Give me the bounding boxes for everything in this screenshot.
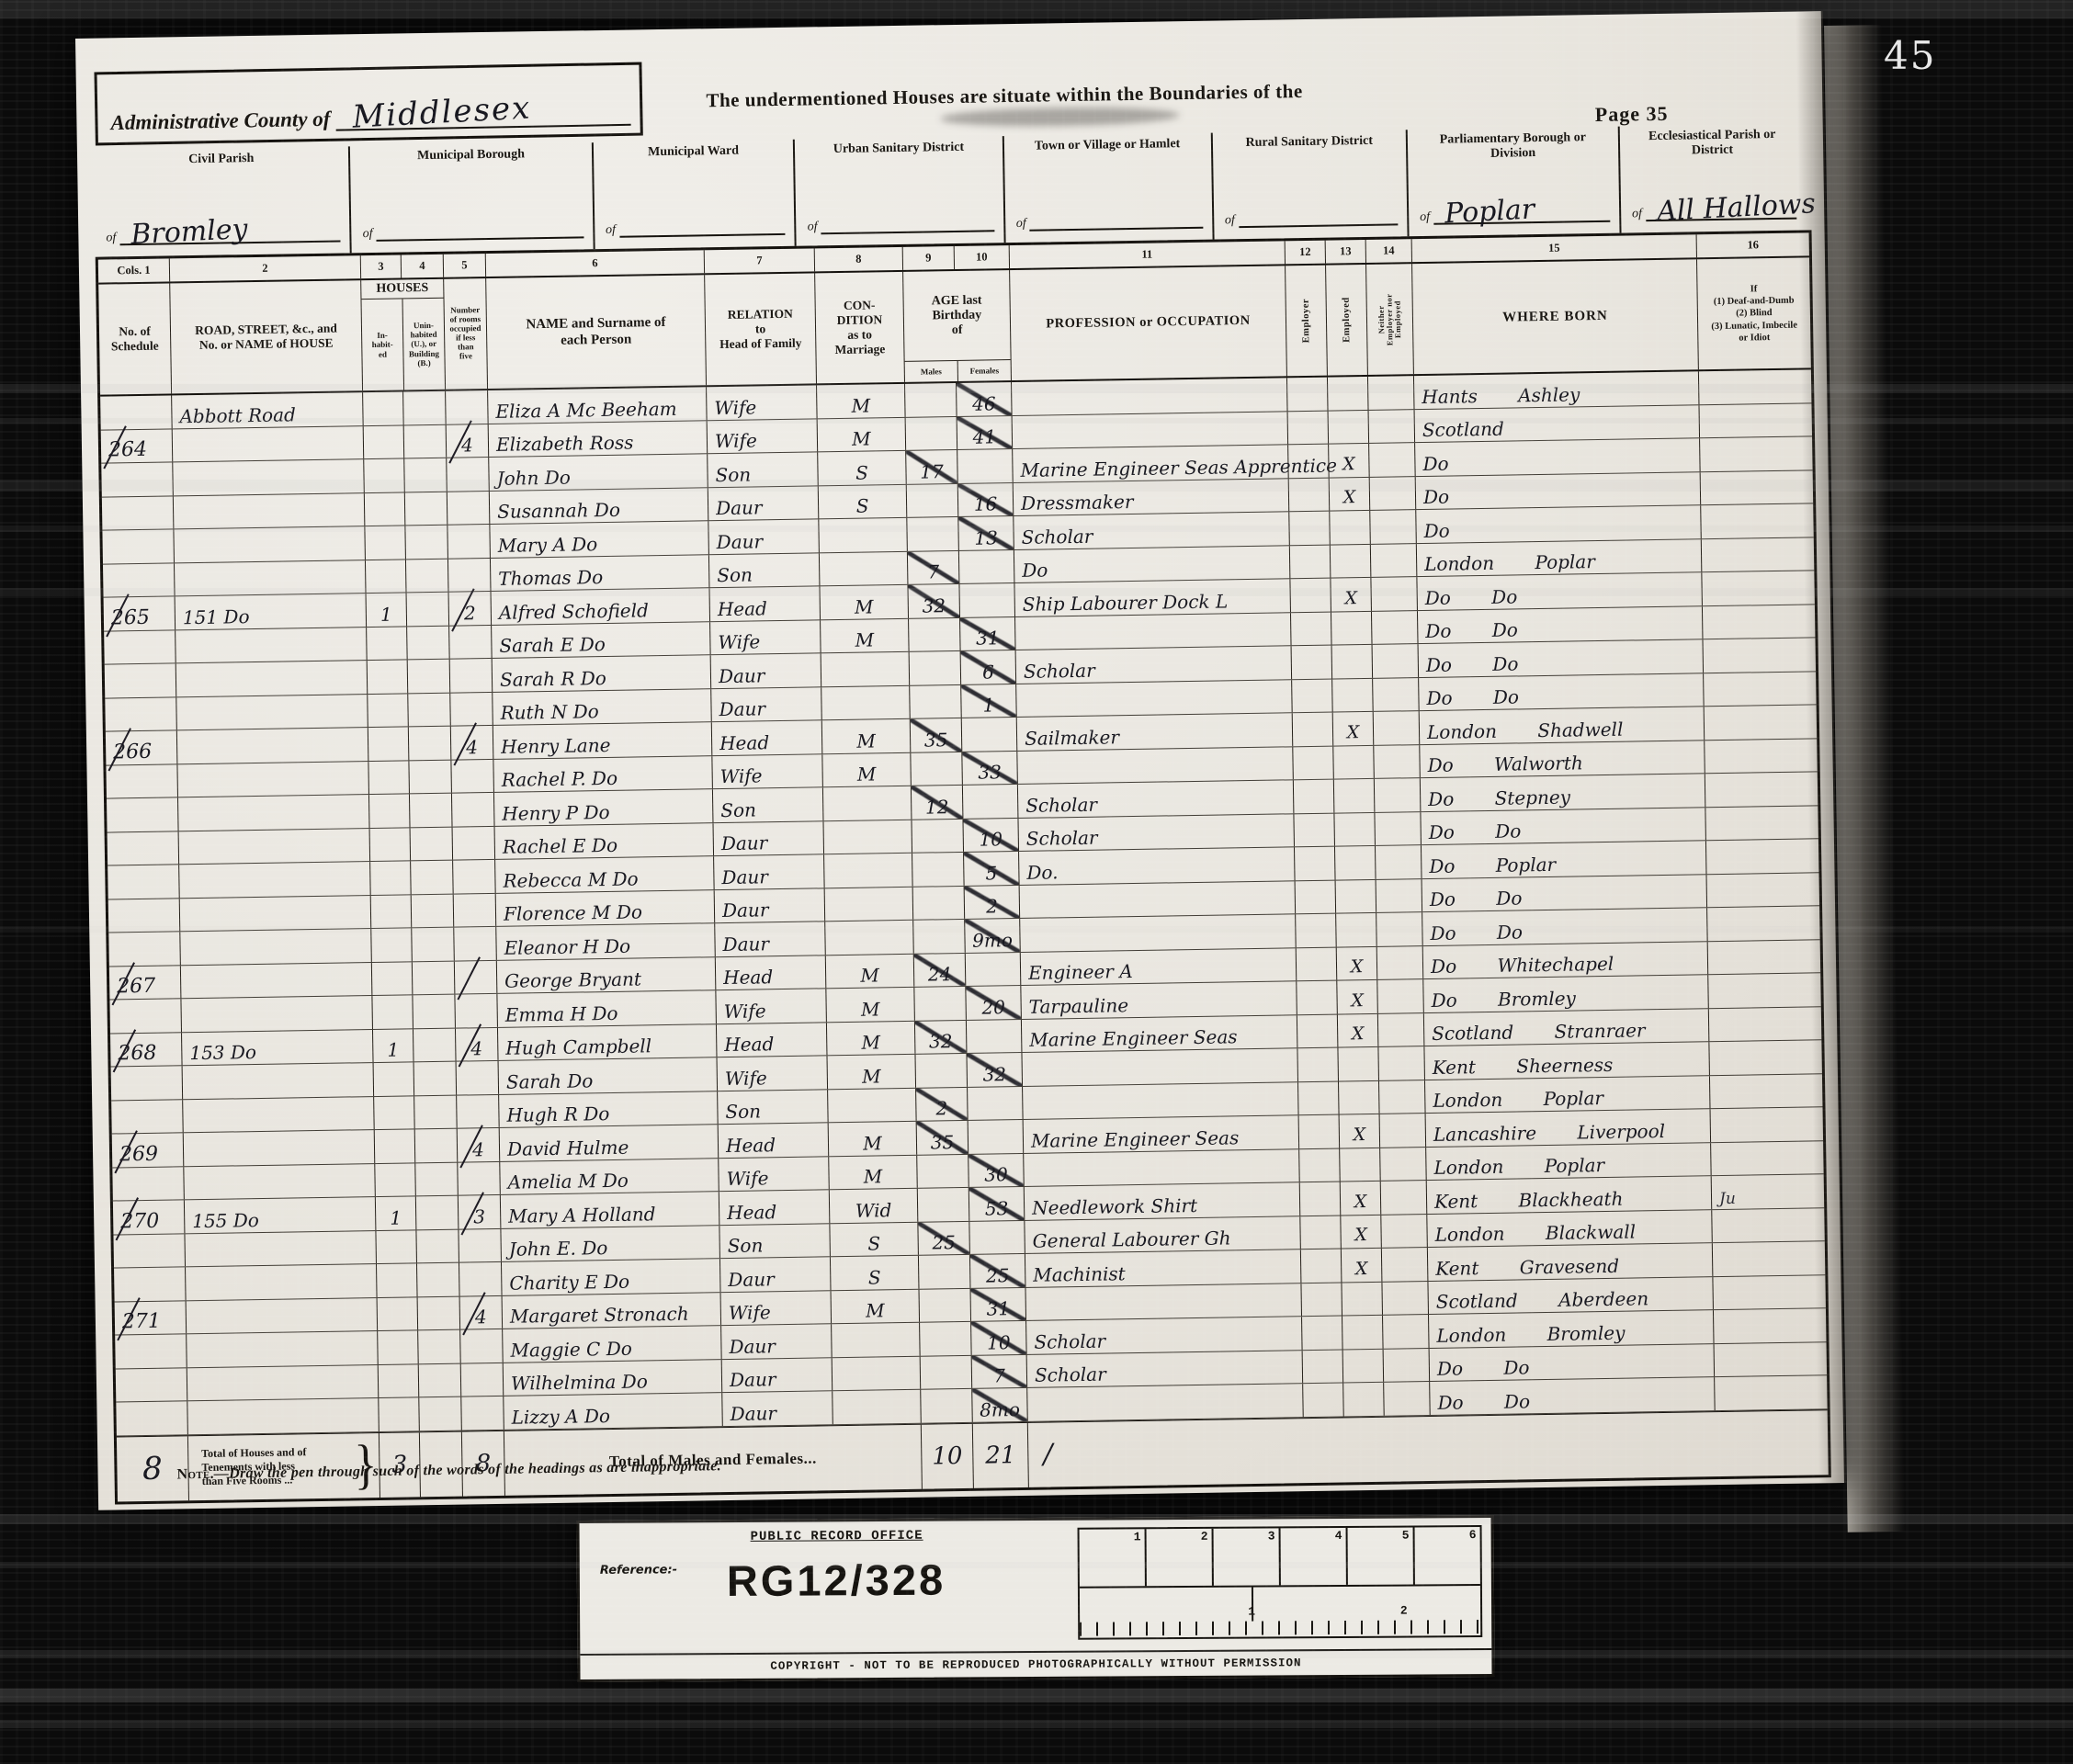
employed-mark-cell <box>1330 511 1371 544</box>
occupation-cell: Marine Engineer Seas <box>1022 1015 1298 1052</box>
district-label: Ecclesiastical Parish or District <box>1620 123 1806 159</box>
schedule-number-cell <box>116 1368 188 1402</box>
person-name-cell: Maggie C Do <box>503 1326 722 1362</box>
schedule-number-cell <box>108 932 181 966</box>
scan-streak <box>0 1720 2073 1728</box>
district-underline <box>376 212 583 242</box>
person-name-cell: David Hulme <box>500 1125 719 1160</box>
of-label: of <box>1016 217 1026 232</box>
census-sheet: Administrative County of Middlesex The u… <box>75 11 1844 1510</box>
employer-mark-cell <box>1298 1081 1340 1114</box>
person-name-cell: Hugh R Do <box>499 1091 719 1127</box>
address-cell <box>187 1331 379 1367</box>
neither-mark-cell <box>1377 946 1424 979</box>
neither-mark-cell <box>1374 745 1421 778</box>
employed-mark-cell: X <box>1337 946 1378 979</box>
occupation-cell: Do <box>1014 546 1291 582</box>
condition-cell: M <box>817 384 906 418</box>
age-female-cell: 13 <box>958 516 1014 549</box>
uninhabited-cell <box>419 1397 462 1430</box>
inhabited-cell <box>368 694 409 727</box>
uninhabited-cell <box>413 961 456 994</box>
age-male-cell: 25 <box>918 1221 970 1254</box>
district-cell-civil-parish: Civil Parish of Bromley <box>94 146 352 256</box>
infirmity-cell <box>1707 873 1820 907</box>
age-female-cell <box>963 785 1019 818</box>
inhabited-cell <box>375 1163 416 1196</box>
person-name-cell: Eleanor H Do <box>496 923 716 959</box>
header-where-born: WHERE BORN <box>1412 259 1699 374</box>
total-females: 21 <box>973 1422 1029 1487</box>
employed-mark-cell <box>1335 846 1376 879</box>
neither-mark-cell <box>1370 510 1417 543</box>
person-name-cell: Hugh Campbell <box>498 1024 718 1060</box>
ruler-inch-label: 1 <box>1248 1605 1255 1619</box>
neither-mark-cell <box>1373 644 1420 677</box>
district-value-handwriting: All Hallows <box>1656 187 1816 228</box>
header-age: AGE last Birthday of <box>903 270 1011 361</box>
address-cell <box>187 1364 379 1400</box>
rooms-cell <box>459 1228 502 1261</box>
col-num: 5 <box>444 254 486 277</box>
condition-cell <box>823 820 912 854</box>
pencil-smudge <box>940 106 1179 128</box>
ruler-cell: 1 <box>1080 1529 1147 1586</box>
condition-cell <box>821 685 911 719</box>
uninhabited-cell <box>411 861 454 894</box>
employed-mark-cell: X <box>1329 444 1370 477</box>
uninhabited-cell <box>419 1363 462 1396</box>
age-male-cell: 32 <box>915 1020 968 1053</box>
inhabited-cell <box>379 1364 420 1397</box>
uninhabited-cell <box>405 526 448 559</box>
where-born-cell: Do Poplar <box>1422 841 1707 877</box>
age-female-cell: 53 <box>969 1187 1025 1220</box>
boundaries-heading: The undermentioned Houses are situate wi… <box>646 79 1363 113</box>
col-num: 7 <box>705 248 815 273</box>
footnote-cap: Note. <box>176 1466 214 1483</box>
infirmity-cell <box>1708 940 1821 974</box>
occupation-cell: Dressmaker <box>1014 479 1290 515</box>
infirmity-cell <box>1699 369 1812 403</box>
schedule-number-cell <box>108 831 180 865</box>
employer-mark-cell <box>1299 1148 1341 1182</box>
header-houses-group: HOUSES In- habit- ed Unin- habited (U.),… <box>361 279 446 390</box>
infirmity-cell <box>1705 806 1818 840</box>
occupation-cell <box>1024 1149 1300 1186</box>
county-value-handwriting: Middlesex <box>351 89 532 135</box>
employer-mark-cell <box>1296 914 1337 947</box>
condition-cell <box>824 854 913 888</box>
district-underline: Poplar <box>1433 197 1610 225</box>
where-born-cell: London Poplar <box>1417 539 1703 576</box>
where-born-cell: Do Do <box>1419 673 1705 710</box>
inhabited-cell <box>368 660 409 693</box>
employed-mark-cell <box>1328 377 1369 410</box>
where-born-cell: Do Do <box>1430 1344 1716 1381</box>
inhabited-cell <box>371 895 413 928</box>
neither-mark-cell <box>1374 711 1421 744</box>
district-cell-ecclesiastical: Ecclesiastical Parish or District of All… <box>1620 123 1807 232</box>
occupation-cell: Scholar <box>1026 1317 1303 1353</box>
condition-cell <box>819 518 908 552</box>
inhabited-cell <box>363 391 404 424</box>
employed-mark-cell <box>1334 779 1376 812</box>
schedule-number-cell: 265 <box>104 596 176 630</box>
relation-cell: Son <box>719 1224 831 1258</box>
person-name-cell: Elizabeth Ross <box>489 421 708 457</box>
age-female-cell: 25 <box>970 1254 1026 1287</box>
district-cell-rural-sanitary: Rural Sanitary District of <box>1212 130 1409 239</box>
header-males: Males <box>905 361 958 382</box>
employer-mark-cell <box>1291 612 1332 645</box>
pro-reference-stamp: PUBLIC RECORD OFFICE Reference:- RG12/32… <box>576 1515 1494 1682</box>
district-value-handwriting: Bromley <box>130 213 248 251</box>
employed-mark-cell <box>1333 745 1375 778</box>
where-born-cell: Do Stepney <box>1421 774 1706 810</box>
address-cell <box>176 695 368 730</box>
employer-mark-cell <box>1303 1350 1344 1383</box>
age-male-cell <box>907 517 959 550</box>
uninhabited-cell <box>416 1229 459 1262</box>
uninhabited-cell <box>404 424 447 458</box>
infirmity-cell <box>1701 470 1814 504</box>
employed-mark-cell <box>1332 645 1374 678</box>
district-underline: All Hallows <box>1646 194 1797 222</box>
occupation-cell <box>1020 914 1297 951</box>
of-label: of <box>363 227 373 242</box>
uninhabited-cell <box>415 1162 459 1195</box>
employed-mark-cell <box>1343 1383 1385 1416</box>
person-name-cell: Sarah Do <box>499 1057 719 1093</box>
uninhabited-cell <box>409 727 452 760</box>
infirmity-cell <box>1700 436 1813 470</box>
where-born-cell: Do <box>1416 472 1702 509</box>
scan-streak <box>0 1689 2073 1702</box>
occupation-cell: Scholar <box>1027 1351 1304 1387</box>
employer-mark-cell <box>1292 646 1333 679</box>
rooms-cell <box>450 692 493 725</box>
header-infirmities: If (1) Deaf-and-Dumb (2) Blind (3) Lunat… <box>1697 257 1811 369</box>
address-cell <box>173 426 365 462</box>
schedule-number-cell <box>114 1267 187 1301</box>
inhabited-cell <box>368 761 410 794</box>
col-num: 4 <box>402 254 444 278</box>
occupation-cell: Needlework Shirt <box>1025 1182 1301 1219</box>
rooms-cell: 4 <box>447 424 490 457</box>
infirmity-cell <box>1703 605 1816 639</box>
where-born-cell: Do Do <box>1430 1377 1716 1414</box>
where-born-cell: London Poplar <box>1425 1076 1711 1113</box>
relation-cell: Wife <box>707 385 818 419</box>
col-num: 13 <box>1326 240 1366 264</box>
employed-mark-cell <box>1340 1148 1381 1181</box>
col-num: 9 <box>903 246 955 270</box>
age-male-cell: 7 <box>908 550 960 583</box>
occupation-cell <box>1020 881 1297 918</box>
age-female-cell: 10 <box>963 818 1019 851</box>
district-underline: Bromley <box>119 216 341 245</box>
schedule-number-cell: 271 <box>115 1301 187 1335</box>
condition-cell: S <box>819 484 908 518</box>
relation-cell: Head <box>717 1023 828 1057</box>
person-name-cell: Emma H Do <box>497 990 717 1026</box>
county-label: Administrative County of <box>110 107 330 135</box>
neither-mark-cell <box>1375 812 1422 845</box>
inhabited-cell <box>371 928 413 961</box>
district-underline <box>821 206 994 234</box>
condition-cell: Wid <box>830 1189 919 1223</box>
condition-cell <box>825 921 914 955</box>
employed-mark-cell: X <box>1338 1013 1379 1046</box>
where-born-cell: Do Bromley <box>1423 975 1709 1012</box>
person-name-cell: George Bryant <box>497 957 717 993</box>
inhabited-cell <box>364 458 405 492</box>
occupation-cell: Ship Labourer Dock L <box>1014 579 1291 616</box>
age-male-cell <box>921 1355 973 1388</box>
uninhabited-cell <box>409 760 452 793</box>
infirmity-cell <box>1705 772 1818 806</box>
ruler-inch-label: 2 <box>1400 1604 1408 1618</box>
where-born-cell: Do Whitechapel <box>1423 942 1709 978</box>
age-male-cell <box>909 617 961 650</box>
infirmity-cell <box>1702 571 1815 605</box>
relation-cell: Son <box>709 553 821 587</box>
age-male-cell <box>910 651 962 684</box>
address-cell <box>187 1398 379 1434</box>
neither-mark-cell <box>1370 477 1417 510</box>
age-female-cell: 9mo <box>965 919 1021 952</box>
schedule-number-cell <box>111 1066 184 1100</box>
condition-cell <box>832 1323 921 1357</box>
ruler-cell: 2 <box>1147 1529 1214 1586</box>
col-num: 12 <box>1286 241 1326 265</box>
employed-mark-cell: X <box>1330 477 1371 510</box>
inhabited-cell: 1 <box>376 1196 417 1229</box>
age-female-cell: 8mo <box>972 1388 1028 1421</box>
where-born-cell: Hants Ashley <box>1414 371 1700 408</box>
neither-mark-cell <box>1373 678 1420 711</box>
condition-cell <box>833 1390 922 1424</box>
rooms-cell <box>454 893 497 926</box>
neither-mark-cell <box>1378 1013 1425 1046</box>
where-born-cell: Scotland <box>1415 405 1701 442</box>
person-name-cell: Mary A Holland <box>501 1192 720 1227</box>
header-females: Females <box>958 360 1011 381</box>
relation-cell: Daur <box>722 1391 833 1425</box>
where-born-cell: Do <box>1415 438 1701 475</box>
relation-cell: Daur <box>722 1358 833 1392</box>
occupation-cell: Engineer A <box>1021 948 1297 985</box>
address-cell: 151 Do <box>176 594 368 629</box>
rooms-cell <box>453 860 496 893</box>
occupation-cell: Scholar <box>1018 814 1295 851</box>
col-num: 16 <box>1697 232 1809 257</box>
uninhabited-cell <box>412 928 455 961</box>
condition-cell: M <box>832 1289 921 1323</box>
age-female-cell: 16 <box>958 483 1014 516</box>
where-born-cell: Do Do <box>1421 808 1706 844</box>
person-name-cell: Eliza A Mc Beeham <box>488 387 708 423</box>
where-born-cell: London Blackwall <box>1427 1210 1713 1247</box>
where-born-cell: Kent Sheerness <box>1424 1042 1710 1079</box>
relation-cell: Daur <box>713 821 824 855</box>
employed-mark-cell: X <box>1331 578 1372 611</box>
employed-mark-cell <box>1331 544 1372 577</box>
age-male-cell <box>907 483 959 516</box>
header-employed: Employed <box>1326 265 1368 376</box>
employer-mark-cell <box>1287 378 1329 411</box>
where-born-cell: Do Walworth <box>1420 741 1705 777</box>
employer-mark-cell <box>1289 512 1331 545</box>
inhabited-cell: 1 <box>373 1029 414 1062</box>
age-male-cell: 32 <box>908 584 960 617</box>
neither-mark-cell <box>1375 778 1422 811</box>
inhabited-cell <box>378 1297 419 1330</box>
employer-mark-cell <box>1302 1317 1343 1350</box>
address-cell <box>185 1231 377 1267</box>
col-num: 2 <box>170 255 361 281</box>
age-female-cell <box>969 1120 1025 1153</box>
condition-cell: M <box>822 719 912 753</box>
relation-cell: Daur <box>708 519 820 553</box>
employer-mark-cell <box>1288 445 1330 478</box>
infirmity-cell <box>1706 839 1819 873</box>
address-cell <box>174 526 366 562</box>
infirmity-cell: Ju <box>1712 1174 1825 1208</box>
age-female-cell: 10 <box>971 1321 1027 1354</box>
pro-office-title: PUBLIC RECORD OFFICE <box>580 1528 1094 1545</box>
relation-cell: Daur <box>721 1324 833 1358</box>
age-male-cell <box>913 920 966 953</box>
neither-mark-cell <box>1371 544 1418 577</box>
relation-cell: Daur <box>720 1257 832 1291</box>
employer-mark-cell <box>1288 411 1330 444</box>
uninhabited-cell <box>407 593 450 626</box>
person-name-cell: Charity E Do <box>502 1259 721 1295</box>
person-name-cell: Amelia M Do <box>500 1159 719 1194</box>
person-name-cell: Rebecca M Do <box>495 856 715 892</box>
relation-cell: Head <box>709 586 821 620</box>
relation-cell: Wife <box>719 1157 830 1191</box>
age-female-cell <box>957 449 1014 482</box>
copyright-notice: COPYRIGHT - NOT TO BE REPRODUCED PHOTOGR… <box>580 1648 1491 1679</box>
header-age-group: AGE last Birthday of Males Females <box>903 270 1012 382</box>
where-born-cell: Lancashire Liverpool <box>1426 1109 1712 1146</box>
infirmity-cell <box>1707 906 1820 940</box>
age-female-cell: 41 <box>957 416 1014 449</box>
neither-mark-cell <box>1380 1114 1427 1147</box>
age-male-cell <box>906 416 958 449</box>
address-cell <box>179 862 371 898</box>
inhabited-cell: 1 <box>367 593 408 626</box>
condition-cell: M <box>829 1155 918 1189</box>
age-male-cell: 35 <box>911 718 963 752</box>
col-num: 8 <box>815 247 903 272</box>
address-cell <box>175 560 367 596</box>
uninhabited-cell <box>418 1296 461 1329</box>
uninhabited-cell <box>415 1129 459 1162</box>
age-male-cell: 17 <box>906 450 958 483</box>
header-name: NAME and Surname of each Person <box>486 275 707 389</box>
employed-mark-cell <box>1338 1047 1379 1080</box>
col-num: Cols. 1 <box>98 258 170 282</box>
employer-mark-cell <box>1300 1182 1342 1216</box>
occupation-cell: General Labourer Gh <box>1025 1216 1301 1253</box>
condition-cell: M <box>820 585 909 619</box>
rooms-cell <box>447 458 490 491</box>
schedule-number-cell <box>105 697 177 731</box>
neither-mark-cell <box>1377 979 1424 1012</box>
where-born-cell: London Shadwell <box>1420 707 1705 743</box>
occupation-cell <box>1022 1048 1298 1085</box>
of-label: of <box>606 223 616 238</box>
schedule-number-cell <box>115 1334 187 1368</box>
relation-cell: Wife <box>721 1291 833 1325</box>
address-cell <box>181 963 373 999</box>
address-cell <box>179 829 371 865</box>
condition-cell <box>825 887 914 921</box>
where-born-cell: Do Do <box>1422 875 1708 911</box>
age-male-cell <box>918 1188 970 1221</box>
employer-mark-cell <box>1295 847 1336 880</box>
where-born-cell: Do Do <box>1418 606 1704 643</box>
inhabited-cell <box>370 861 412 894</box>
where-born-cell: London Poplar <box>1426 1143 1712 1180</box>
age-male-cell <box>905 383 957 416</box>
infirmity-cell <box>1715 1342 1828 1376</box>
reference-number: RG12/328 <box>727 1555 946 1606</box>
employed-mark-cell: X <box>1341 1182 1382 1215</box>
employer-mark-cell <box>1300 1216 1342 1249</box>
col-num: 14 <box>1366 239 1412 263</box>
where-born-cell: Kent Blackheath <box>1427 1176 1713 1213</box>
person-name-cell: Susannah Do <box>490 488 709 524</box>
age-female-cell: 31 <box>970 1287 1026 1320</box>
age-male-cell <box>919 1255 971 1288</box>
age-female-cell: 1 <box>961 684 1017 717</box>
col-num: 10 <box>955 245 1010 269</box>
of-label: of <box>1225 213 1235 228</box>
schedule-number-cell <box>103 563 176 597</box>
neither-mark-cell <box>1379 1080 1426 1114</box>
age-male-cell <box>914 987 967 1020</box>
uninhabited-cell <box>418 1330 461 1363</box>
rooms-cell <box>459 1262 503 1295</box>
age-female-cell: 20 <box>966 986 1022 1019</box>
age-female-cell: 7 <box>972 1354 1028 1387</box>
address-cell: 153 Do <box>182 1030 374 1066</box>
rooms-cell <box>453 826 496 859</box>
person-name-cell: Thomas Do <box>491 555 710 591</box>
infirmity-cell <box>1704 672 1817 706</box>
age-male-cell <box>912 819 964 852</box>
employer-mark-cell <box>1294 780 1335 813</box>
inhabited-cell <box>370 828 412 861</box>
of-label: of <box>106 231 116 245</box>
address-cell <box>174 493 366 529</box>
rooms-cell <box>461 1396 504 1430</box>
person-name-cell: Lizzy A Do <box>504 1393 723 1429</box>
employed-mark-cell <box>1342 1282 1383 1315</box>
employed-mark-cell <box>1334 812 1376 845</box>
occupation-cell <box>1023 1082 1299 1119</box>
total-tick-mark: / <box>1028 1410 1829 1487</box>
header-neither: Neither Employer nor Employed <box>1366 264 1414 375</box>
uninhabited-cell <box>405 492 448 525</box>
age-male-cell <box>917 1154 969 1187</box>
where-born-cell: Do Do <box>1422 908 1708 944</box>
